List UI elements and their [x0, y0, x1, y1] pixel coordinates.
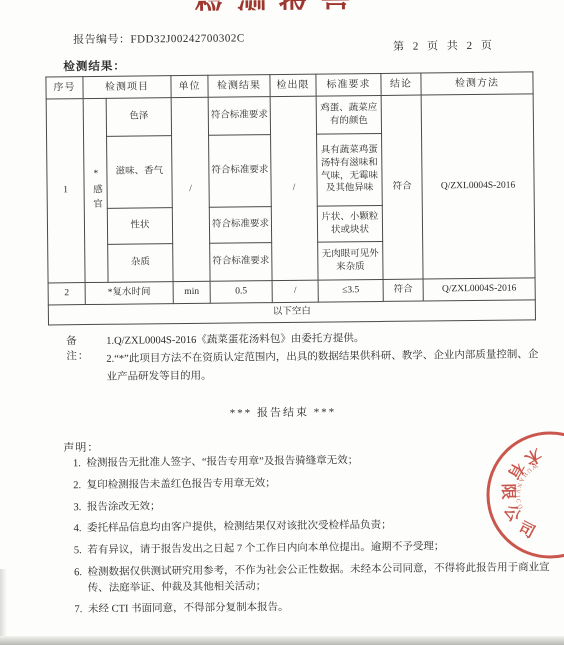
cell-unit: /: [171, 97, 210, 281]
col-header-standard: 标准要求: [316, 73, 381, 96]
report-number-row: 报告编号：FDD32J00242700302C: [73, 29, 245, 47]
page-indicator: 第 2 页 共 2 页: [393, 37, 495, 54]
remarks-block: 备注： 1.Q/ZXL0004S-2016《蔬菜蛋花汤料包》由委托方提供。 2.…: [66, 328, 539, 386]
table-row: 1 *感官 色泽 / 符合标准要求 / 鸡蛋、蔬菜应有的颜色 符合 Q/ZXL0…: [46, 94, 533, 137]
cell-standard: 无肉眼可见外来杂质: [318, 241, 383, 280]
report-page: 检测报告 报告编号：FDD32J00242700302C 第 2 页 共 2 页…: [0, 0, 564, 645]
blank-below-note: 以下空白: [48, 300, 535, 325]
cell-result: 符合标准要求: [208, 97, 270, 136]
cell-item: 杂质: [108, 244, 173, 283]
statement-item-text: 报告涂改无效；: [87, 501, 161, 513]
cell-limit: /: [270, 96, 318, 280]
cell-standard: 具有蔬菜鸡蛋汤特有滋味和气味，无霉味及其他异味: [317, 133, 383, 206]
scan-edge-left: [0, 569, 7, 639]
remarks-label: 备注：: [66, 333, 101, 387]
page-title-text: 检测报告: [194, 0, 362, 13]
cell-method: Q/ZXL0004S-2016: [421, 94, 535, 279]
cell-limit: /: [272, 280, 318, 302]
page-title: 检测报告: [0, 0, 561, 13]
cell-method: Q/ZXL0004S-2016: [423, 278, 535, 301]
cell-standard: ≤3.5: [318, 279, 383, 302]
cell-standard: 鸡蛋、蔬菜应有的颜色: [316, 95, 381, 134]
statement-item-text: 若有异议，请于报告发出之日起 7 个工作日内向本单位提出。逾期不予受理；: [87, 541, 444, 556]
cell-item: 滋味、香气: [107, 136, 173, 209]
cell-category: *感官: [83, 98, 108, 282]
report-end-marker: *** 报告结束 ***: [1, 401, 564, 423]
stamp-arc-text-holder: 术有限公司: [499, 444, 547, 546]
results-table: 序号 检测项目 单位 检测结果 检出限 标准要求 结论 检测方法 1 *感官 色…: [45, 71, 536, 325]
remarks-text: 1.Q/ZXL0004S-2016《蔬菜蛋花汤料包》由委托方提供。 2.“*”此…: [106, 328, 539, 386]
scan-edge-bottom: [0, 636, 564, 645]
remark-line: 2.“*”此项目方法不在资质认定范围内，出具的数据结果供科研、教学、企业内部质量…: [106, 346, 538, 386]
statement-label: 声明：: [63, 439, 99, 455]
col-header-conclusion: 结论: [381, 73, 421, 95]
col-header-result: 检测结果: [208, 75, 270, 98]
cell-result: 0.5: [210, 281, 272, 304]
table-footer-row: 以下空白: [48, 300, 535, 325]
cell-conclusion: 符合: [381, 95, 423, 279]
cell-result: 符合标准要求: [209, 207, 271, 244]
report-number-label: 报告编号：: [73, 34, 131, 47]
cell-seq: 1: [46, 99, 85, 283]
company-seal-stamp-icon: 术有限公司 WUHANVICO: [480, 425, 564, 565]
cell-item: 性状: [107, 208, 172, 245]
cell-result: 符合标准要求: [209, 135, 272, 208]
report-number-value: FDD32J00242700302C: [130, 32, 244, 45]
col-header-unit: 单位: [171, 75, 208, 97]
col-header-limit: 检出限: [270, 74, 316, 96]
statement-item-text: 检测数据仅供测试研究用参考，不作为社会公正性数据。未经本公司同意，不得将此报告用…: [88, 562, 550, 594]
statement-item-text: 委托样品信息均由客户提供，检测结果仅对该批次受检样品负责；: [87, 520, 392, 534]
col-header-method: 检测方法: [421, 72, 533, 95]
col-header-item: 检测项目: [83, 76, 171, 99]
cell-conclusion: 符合: [383, 279, 423, 301]
statement-item: 未经 CTI 书面同意，不得部分复制本报告。: [85, 597, 559, 618]
cell-item: *复水时间: [85, 282, 173, 305]
col-header-seq: 序号: [46, 77, 83, 99]
statement-item-text: 未经 CTI 书面同意，不得部分复制本报告。: [88, 602, 289, 615]
statement-item-text: 检测报告无批准人签字、“报告专用章”及报告骑缝章无效；: [86, 455, 358, 469]
statement-item-text: 复印检测报告未盖红色报告专用章无效；: [87, 478, 276, 491]
section-title: 检测结果：: [63, 58, 126, 75]
cell-unit: min: [173, 281, 210, 303]
cell-seq: 2: [48, 283, 85, 305]
cell-standard: 片状、小颗粒状或块状: [317, 205, 382, 242]
cell-item: 色泽: [106, 98, 171, 137]
statement-item: 检测数据仅供测试研究用参考，不作为社会公正性数据。未经本公司同意，不得将此报告用…: [85, 560, 559, 596]
cell-result: 符合标准要求: [210, 243, 272, 282]
